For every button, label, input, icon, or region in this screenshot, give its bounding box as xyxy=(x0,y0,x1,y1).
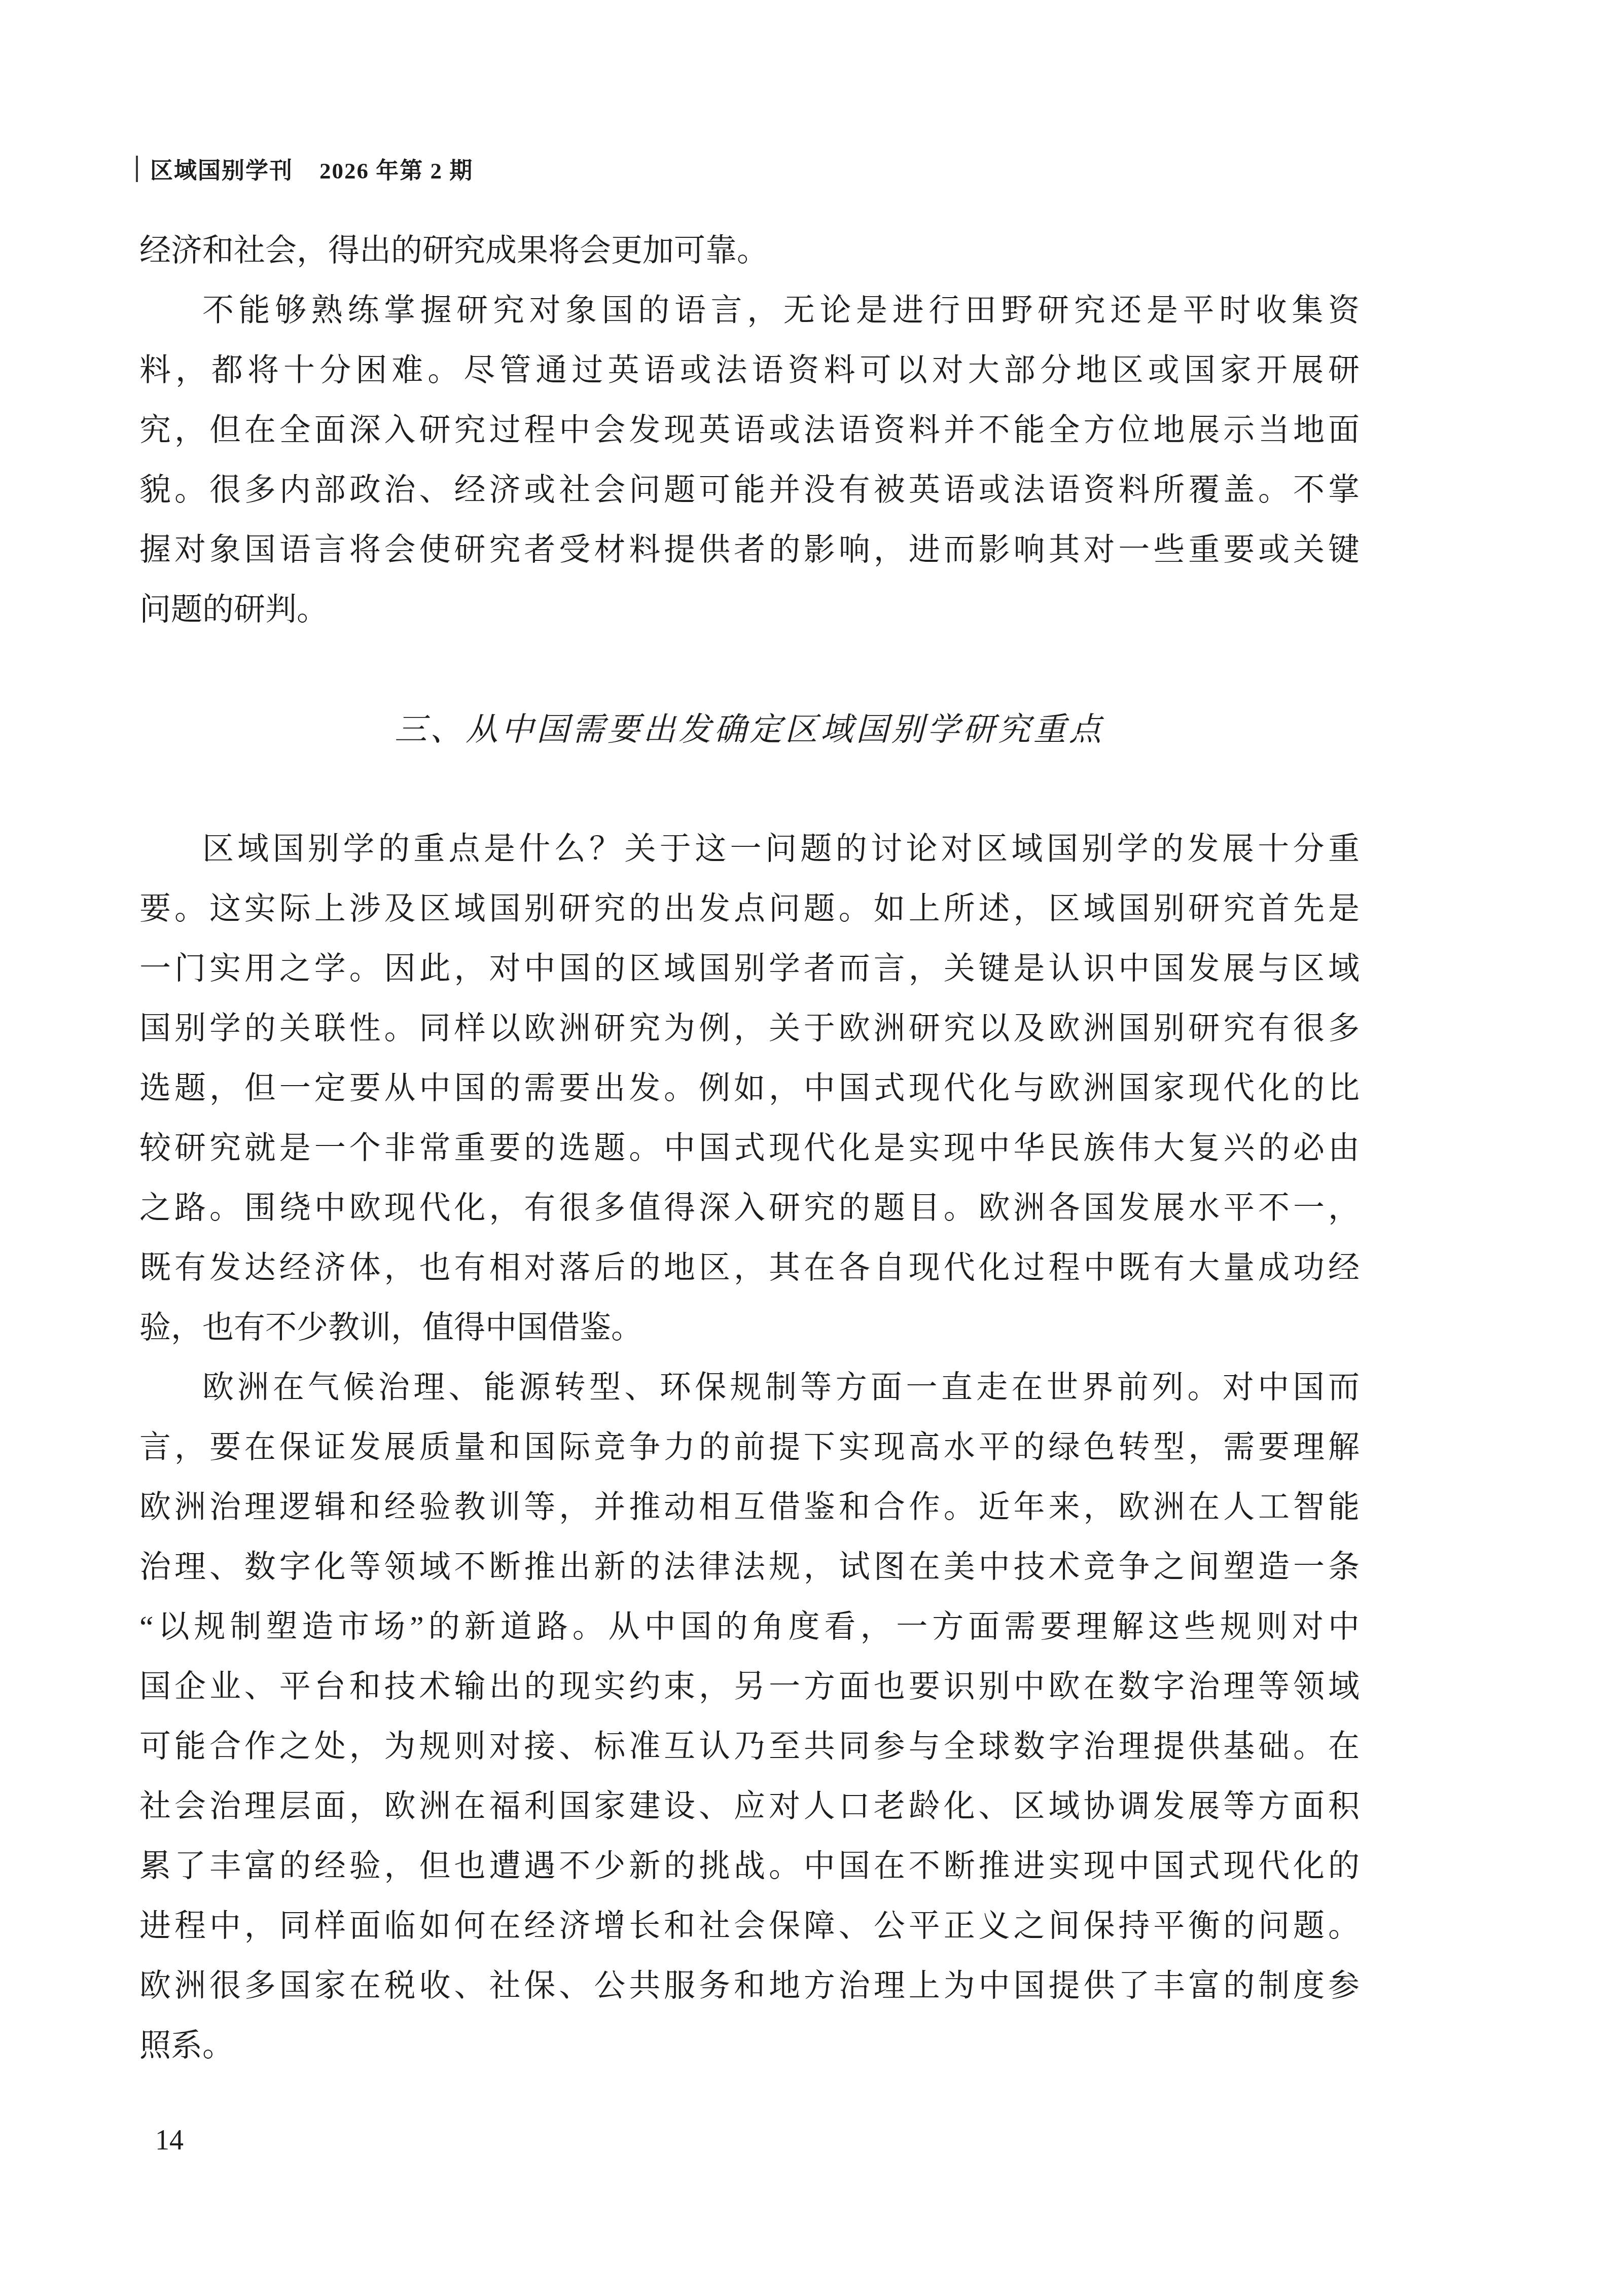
body-line: 言，要在保证发展质量和国际竞争力的前提下实现高水平的绿色转型，需要理解 xyxy=(139,1418,1360,1478)
body-line: 问题的研判。 xyxy=(139,580,1360,640)
paragraph: 欧洲在气候治理、能源转型、环保规制等方面一直走在世界前列。对中国而 言，要在保证… xyxy=(139,1358,1360,2076)
body-line: 一门实用之学。因此，对中国的区域国别学者而言，关键是认识中国发展与区域 xyxy=(139,939,1360,999)
journal-title: 区域国别学刊 xyxy=(150,152,293,185)
body-line: 验，也有不少教训，值得中国借鉴。 xyxy=(139,1298,1360,1358)
body-line: 可能合作之处，为规则对接、标准互认乃至共同参与全球数字治理提供基础。在 xyxy=(139,1717,1360,1777)
body-line: 照系。 xyxy=(139,2016,1360,2076)
body-line: “以规制塑造市场”的新道路。从中国的角度看，一方面需要理解这些规则对中 xyxy=(139,1597,1360,1657)
body-line: 国别学的关联性。同样以欧洲研究为例，关于欧洲研究以及欧洲国别研究有很多 xyxy=(139,999,1360,1059)
header-rule xyxy=(136,156,138,182)
journal-page: 区域国别学刊 2026 年第 2 期 经济和社会，得出的研究成果将会更加可靠。 … xyxy=(0,0,1607,2296)
body-line: 要。这实际上涉及区域国别研究的出发点问题。如上所述，区域国别研究首先是 xyxy=(139,879,1360,939)
body-line: 既有发达经济体，也有相对落后的地区，其在各自现代化过程中既有大量成功经 xyxy=(139,1238,1360,1298)
body-line: 料，都将十分困难。尽管通过英语或法语资料可以对大部分地区或国家开展研 xyxy=(139,341,1360,401)
body-line: 欧洲很多国家在税收、社保、公共服务和地方治理上为中国提供了丰富的制度参 xyxy=(139,1956,1360,2016)
paragraph-continuation: 经济和社会，得出的研究成果将会更加可靠。 xyxy=(139,221,1360,281)
body-line: 治理、数字化等领域不断推出新的法律法规，试图在美中技术竞争之间塑造一条 xyxy=(139,1537,1360,1597)
body-line: 社会治理层面，欧洲在福利国家建设、应对人口老龄化、区域协调发展等方面积 xyxy=(139,1777,1360,1837)
issue-info: 2026 年第 2 期 xyxy=(319,152,473,185)
body-line: 欧洲治理逻辑和经验教训等，并推动相互借鉴和合作。近年来，欧洲在人工智能 xyxy=(139,1478,1360,1537)
body-line: 貌。很多内部政治、经济或社会问题可能并没有被英语或法语资料所覆盖。不掌 xyxy=(139,460,1360,520)
body-line: 选题，但一定要从中国的需要出发。例如，中国式现代化与欧洲国家现代化的比 xyxy=(139,1059,1360,1119)
body-line: 之路。围绕中欧现代化，有很多值得深入研究的题目。欧洲各国发展水平不一， xyxy=(139,1178,1360,1238)
page-number: 14 xyxy=(155,2123,184,2158)
body-line: 进程中，同样面临如何在经济增长和社会保障、公平正义之间保持平衡的问题。 xyxy=(139,1896,1360,1956)
body-line: 国企业、平台和技术输出的现实约束，另一方面也要识别中欧在数字治理等领域 xyxy=(139,1657,1360,1717)
body-line: 不能够熟练掌握研究对象国的语言，无论是进行田野研究还是平时收集资 xyxy=(139,281,1360,341)
body-line: 欧洲在气候治理、能源转型、环保规制等方面一直走在世界前列。对中国而 xyxy=(139,1358,1360,1418)
body-line: 区域国别学的重点是什么？关于这一问题的讨论对区域国别学的发展十分重 xyxy=(139,819,1360,879)
paragraph: 不能够熟练掌握研究对象国的语言，无论是进行田野研究还是平时收集资 料，都将十分困… xyxy=(139,281,1360,640)
body-line: 较研究就是一个非常重要的选题。中国式现代化是实现中华民族伟大复兴的必由 xyxy=(139,1119,1360,1178)
article-body: 经济和社会，得出的研究成果将会更加可靠。 不能够熟练掌握研究对象国的语言，无论是… xyxy=(139,221,1360,2076)
section-heading: 三、从中国需要出发确定区域国别学研究重点 xyxy=(139,700,1360,760)
body-line: 究，但在全面深入研究过程中会发现英语或法语资料并不能全方位地展示当地面 xyxy=(139,401,1360,460)
running-header: 区域国别学刊 2026 年第 2 期 xyxy=(136,152,473,185)
body-line: 累了丰富的经验，但也遭遇不少新的挑战。中国在不断推进实现中国式现代化的 xyxy=(139,1837,1360,1896)
paragraph: 区域国别学的重点是什么？关于这一问题的讨论对区域国别学的发展十分重 要。这实际上… xyxy=(139,819,1360,1358)
body-line: 经济和社会，得出的研究成果将会更加可靠。 xyxy=(139,221,1360,281)
body-line: 握对象国语言将会使研究者受材料提供者的影响，进而影响其对一些重要或关键 xyxy=(139,520,1360,580)
